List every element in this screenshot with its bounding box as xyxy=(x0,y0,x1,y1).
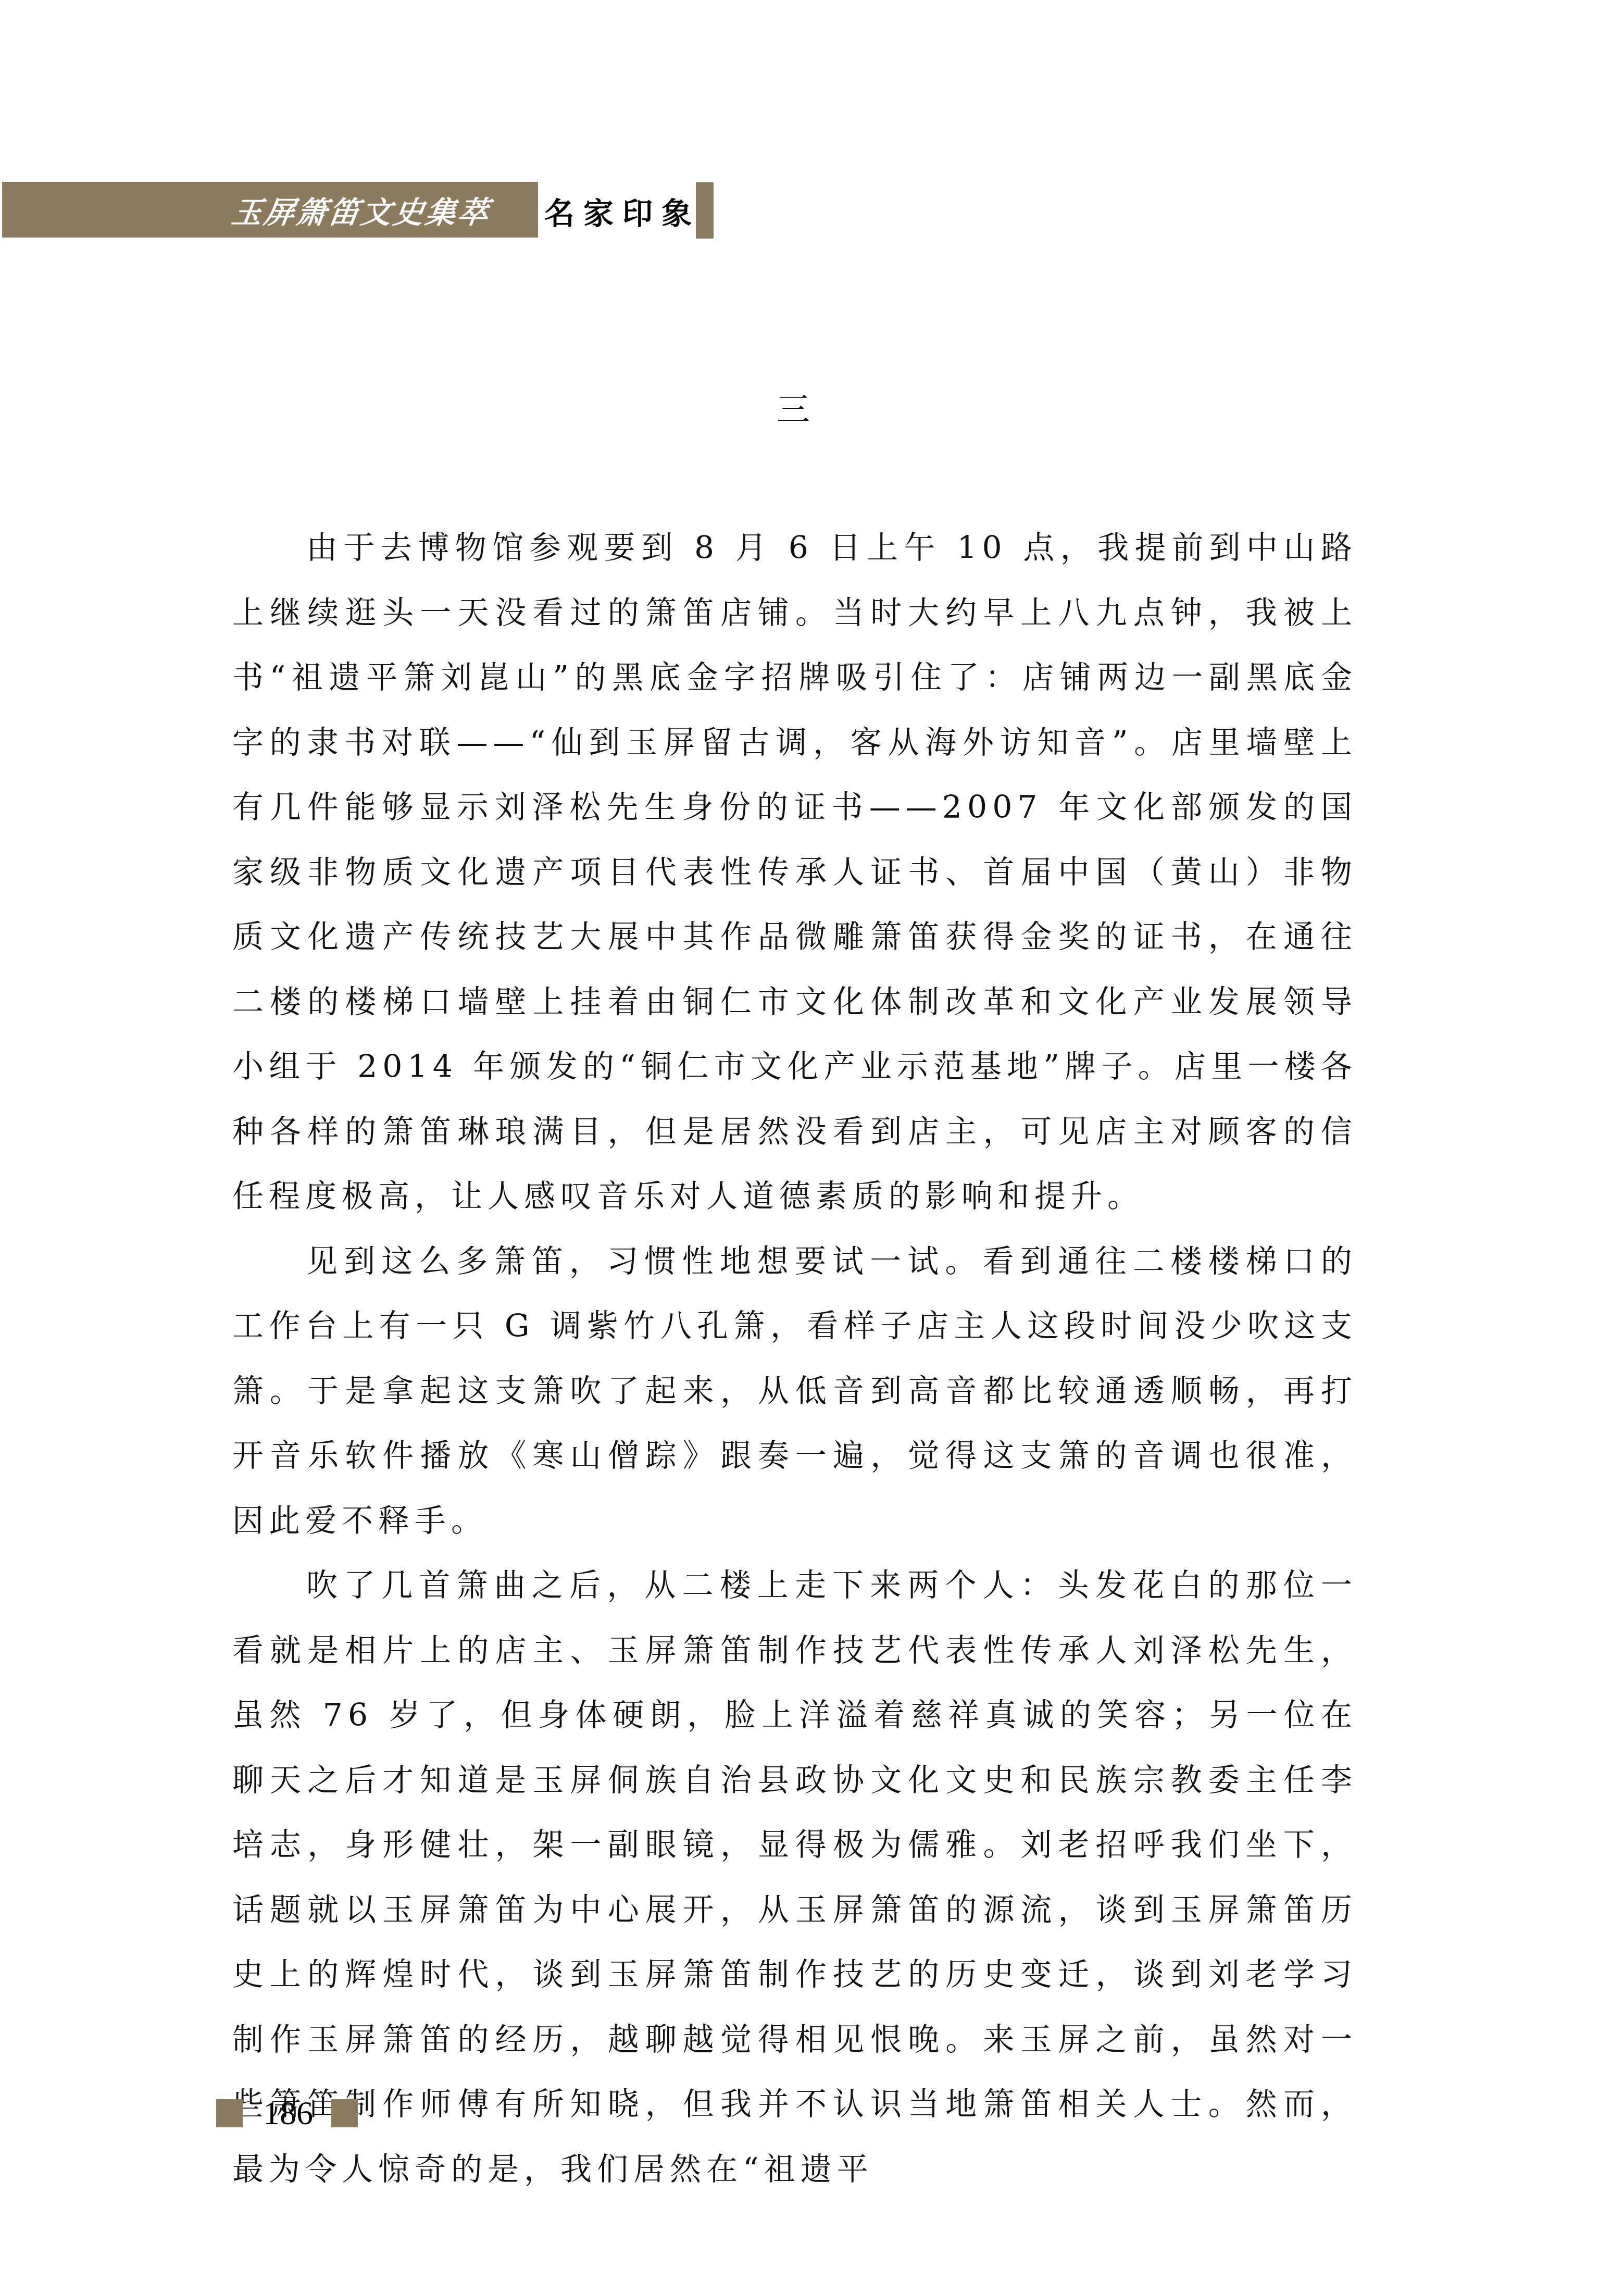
header-banner-end-marker xyxy=(696,182,714,239)
body-text: 由于去博物馆参观要到 8 月 6 日上午 10 点，我提前到中山路上继续逛头一天… xyxy=(232,516,1357,2202)
section-label: 名家印象 xyxy=(544,188,701,234)
chapter-number: 三 xyxy=(777,383,810,431)
paragraph: 由于去博物馆参观要到 8 月 6 日上午 10 点，我提前到中山路上继续逛头一天… xyxy=(232,516,1357,1229)
page-marker-left xyxy=(216,2099,243,2127)
chapter-heading: 三 xyxy=(0,383,1624,431)
page-number: 186 xyxy=(263,2093,313,2134)
series-title: 玉屏箫笛文史集萃 xyxy=(228,182,507,238)
page-marker-right xyxy=(331,2099,358,2127)
paragraph: 见到这么多箫笛，习惯性地想要试一试。看到通往二楼楼梯口的工作台上有一只 G 调紫… xyxy=(232,1229,1357,1554)
paragraph: 吹了几首箫曲之后，从二楼上走下来两个人：头发花白的那位一看就是相片上的店主、玉屏… xyxy=(232,1553,1357,2202)
